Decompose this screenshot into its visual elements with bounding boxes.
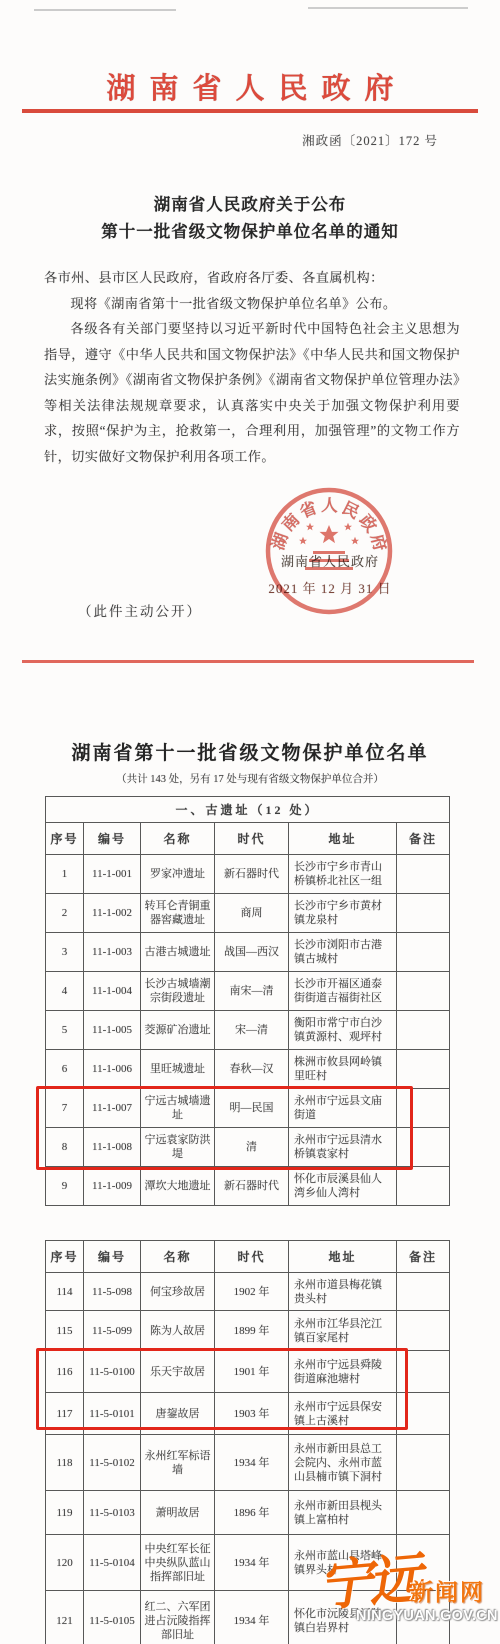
paragraph-requirements: 各级各有关部门要坚持以习近平新时代中国特色社会主义思想为指导，遵守《中华人民共和… bbox=[44, 316, 460, 469]
cell-note bbox=[397, 1050, 450, 1089]
cell-name: 红二、六军团进占沅陵指挥部旧址 bbox=[141, 1591, 215, 1644]
cell-code: 11-1-008 bbox=[84, 1128, 141, 1167]
table-row-highlighted: 11711-5-0101唐鋆故居1903 年永州市宁远县保安镇上古溪村 bbox=[46, 1393, 450, 1435]
cell-era: 1934 年 bbox=[215, 1535, 289, 1591]
cell-name: 乐天宇故居 bbox=[141, 1351, 215, 1393]
news-site-watermark: 宁远 新闻网 NINGYUAN.GOV.CN bbox=[316, 1540, 500, 1644]
table-row: 111-1-001罗家冲遗址新石器时代长沙市宁乡市青山桥镇桥北社区一组 bbox=[46, 855, 450, 894]
table-row: 11511-5-099陈为人故居1899 年永州市江华县沱江镇百家尾村 bbox=[46, 1311, 450, 1351]
table-row-highlighted: 711-1-007宁远古城墙遗址明—民国永州市宁远县文庙街道 bbox=[46, 1089, 450, 1128]
table-row: 311-1-003古港古城遗址战国—西汉长沙市浏阳市古港镇古城村 bbox=[46, 933, 450, 972]
table-row: 911-1-009潭坎大地遗址新石器时代怀化市辰溪县仙人湾乡仙人湾村 bbox=[46, 1167, 450, 1206]
cell-no: 7 bbox=[46, 1089, 84, 1128]
cell-era: 战国—西汉 bbox=[215, 933, 289, 972]
table-header-row: 序号 编号 名称 时代 地址 备注 bbox=[46, 823, 450, 855]
column-header-era: 时代 bbox=[215, 823, 289, 855]
notice-title-line2: 第十一批省级文物保护单位名单的通知 bbox=[0, 218, 500, 245]
cell-era: 1903 年 bbox=[215, 1393, 289, 1435]
cell-address: 长沙市宁乡市黄材镇龙泉村 bbox=[289, 894, 397, 933]
cell-no: 9 bbox=[46, 1167, 84, 1206]
cell-era: 清 bbox=[215, 1128, 289, 1167]
cell-name: 里旺城遗址 bbox=[141, 1050, 215, 1089]
cell-era: 1901 年 bbox=[215, 1351, 289, 1393]
notice-title: 湖南省人民政府关于公布 第十一批省级文物保护单位名单的通知 bbox=[0, 191, 500, 245]
cell-code: 11-5-0105 bbox=[84, 1591, 141, 1644]
column-header-no: 序号 bbox=[46, 1241, 84, 1273]
cell-address: 长沙市宁乡市青山桥镇桥北社区一组 bbox=[289, 855, 397, 894]
cell-era: 新石器时代 bbox=[215, 1167, 289, 1206]
cell-name: 唐鋆故居 bbox=[141, 1393, 215, 1435]
cell-code: 11-5-098 bbox=[84, 1273, 141, 1311]
table-section-row: 一、古遗址（12 处） bbox=[46, 797, 450, 823]
cell-name: 茭源矿冶遗址 bbox=[141, 1011, 215, 1050]
cell-address: 永州市道县梅花镇贵头村 bbox=[289, 1273, 397, 1311]
scan-artifact-line bbox=[34, 9, 176, 11]
cell-era: 新石器时代 bbox=[215, 855, 289, 894]
cell-no: 4 bbox=[46, 972, 84, 1011]
list-subtitle: （共计 143 处，另有 17 处与现有省级文物保护单位合并） bbox=[0, 771, 500, 786]
cell-no: 2 bbox=[46, 894, 84, 933]
column-header-code: 编号 bbox=[84, 1241, 141, 1273]
cell-note bbox=[397, 1435, 450, 1491]
cell-name: 长沙古城墙潮宗街段遗址 bbox=[141, 972, 215, 1011]
cell-code: 11-5-0103 bbox=[84, 1491, 141, 1535]
cell-code: 11-5-0101 bbox=[84, 1393, 141, 1435]
disclosure-note: （此件主动公开） bbox=[78, 600, 202, 620]
cell-name: 古港古城遗址 bbox=[141, 933, 215, 972]
cell-name: 潭坎大地遗址 bbox=[141, 1167, 215, 1206]
cell-note bbox=[397, 1128, 450, 1167]
cell-address: 永州市宁远县清水桥镇袁家村 bbox=[289, 1128, 397, 1167]
column-header-address: 地址 bbox=[289, 823, 397, 855]
cell-name: 转耳仑青铜重器窖藏遗址 bbox=[141, 894, 215, 933]
cell-no: 118 bbox=[46, 1435, 84, 1491]
notice-body: 各市州、县市区人民政府，省政府各厅委、各直属机构： 现将《湖南省第十一批省级文物… bbox=[44, 265, 460, 469]
seal-emblem-stars bbox=[299, 523, 359, 570]
column-header-address: 地址 bbox=[289, 1241, 397, 1273]
cell-note bbox=[397, 855, 450, 894]
cell-era: 1934 年 bbox=[215, 1591, 289, 1644]
cell-address: 长沙市开福区通泰街街道吉福街社区 bbox=[289, 972, 397, 1011]
cell-code: 11-5-0102 bbox=[84, 1435, 141, 1491]
cell-address: 长沙市浏阳市古港镇古城村 bbox=[289, 933, 397, 972]
section-divider bbox=[22, 660, 474, 663]
cell-name: 永州红军标语墙 bbox=[141, 1435, 215, 1491]
column-header-era: 时代 bbox=[215, 1241, 289, 1273]
table-row: 11411-5-098何宝珍故居1902 年永州市道县梅花镇贵头村 bbox=[46, 1273, 450, 1311]
cell-name: 何宝珍故居 bbox=[141, 1273, 215, 1311]
cell-era: 春秋—汉 bbox=[215, 1050, 289, 1089]
cell-no: 115 bbox=[46, 1311, 84, 1351]
cell-era: 1902 年 bbox=[215, 1273, 289, 1311]
notice-title-line1: 湖南省人民政府关于公布 bbox=[0, 191, 500, 218]
cell-address: 永州市新田县总工会院内、永州市蓝山县楠市镇下洞村 bbox=[289, 1435, 397, 1491]
cell-address: 永州市宁远县保安镇上古溪村 bbox=[289, 1393, 397, 1435]
table-row: 411-1-004长沙古城墙潮宗街段遗址南宋—清长沙市开福区通泰街街道吉福街社区 bbox=[46, 972, 450, 1011]
cell-address: 永州市江华县沱江镇百家尾村 bbox=[289, 1311, 397, 1351]
cell-name: 中央红军长征中央纵队蓝山指挥部旧址 bbox=[141, 1535, 215, 1591]
cell-note bbox=[397, 1089, 450, 1128]
cell-era: 1899 年 bbox=[215, 1311, 289, 1351]
table-row: 11911-5-0103萧明故居1896 年永州市新田县枧头镇上富柏村 bbox=[46, 1491, 450, 1535]
cell-name: 宁远袁家防洪堤 bbox=[141, 1128, 215, 1167]
column-header-no: 序号 bbox=[46, 823, 84, 855]
cell-note bbox=[397, 1351, 450, 1393]
heritage-table-ancient-sites: 一、古遗址（12 处） 序号 编号 名称 时代 地址 备注 111-1-001罗… bbox=[45, 796, 450, 1206]
section-title: 一、古遗址（12 处） bbox=[46, 797, 450, 823]
cell-no: 117 bbox=[46, 1393, 84, 1435]
cell-address: 永州市宁远县舜陵街道麻池塘村 bbox=[289, 1351, 397, 1393]
column-header-note: 备注 bbox=[397, 1241, 450, 1273]
column-header-name: 名称 bbox=[141, 823, 215, 855]
table-row: 211-1-002转耳仑青铜重器窖藏遗址商周长沙市宁乡市黄材镇龙泉村 bbox=[46, 894, 450, 933]
column-header-note: 备注 bbox=[397, 823, 450, 855]
letterhead-title: 湖南省人民政府 bbox=[0, 66, 500, 107]
cell-era: 1896 年 bbox=[215, 1491, 289, 1535]
cell-code: 11-1-002 bbox=[84, 894, 141, 933]
document-number: 湘政函〔2021〕172 号 bbox=[302, 131, 438, 149]
table-row: 11811-5-0102永州红军标语墙1934 年永州市新田县总工会院内、永州市… bbox=[46, 1435, 450, 1491]
cell-address: 衡阳市常宁市白沙镇黄源村、观坪村 bbox=[289, 1011, 397, 1050]
cell-era: 商周 bbox=[215, 894, 289, 933]
cell-no: 121 bbox=[46, 1591, 84, 1644]
cell-code: 11-1-005 bbox=[84, 1011, 141, 1050]
cell-address: 怀化市辰溪县仙人湾乡仙人湾村 bbox=[289, 1167, 397, 1206]
cell-era: 南宋—清 bbox=[215, 972, 289, 1011]
cell-no: 6 bbox=[46, 1050, 84, 1089]
cell-code: 11-1-007 bbox=[84, 1089, 141, 1128]
cell-era: 宋—清 bbox=[215, 1011, 289, 1050]
cell-note bbox=[397, 1011, 450, 1050]
cell-era: 1934 年 bbox=[215, 1435, 289, 1491]
cell-note bbox=[397, 1491, 450, 1535]
cell-era: 明—民国 bbox=[215, 1089, 289, 1128]
column-header-code: 编号 bbox=[84, 823, 141, 855]
cell-code: 11-1-003 bbox=[84, 933, 141, 972]
cell-no: 3 bbox=[46, 933, 84, 972]
cell-name: 萧明故居 bbox=[141, 1491, 215, 1535]
cell-name: 罗家冲遗址 bbox=[141, 855, 215, 894]
column-header-name: 名称 bbox=[141, 1241, 215, 1273]
cell-code: 11-1-006 bbox=[84, 1050, 141, 1089]
paragraph-announcement: 现将《湖南省第十一批省级文物保护单位名单》公布。 bbox=[44, 291, 460, 317]
table-row-highlighted: 11611-5-0100乐天宇故居1901 年永州市宁远县舜陵街道麻池塘村 bbox=[46, 1351, 450, 1393]
cell-no: 114 bbox=[46, 1273, 84, 1311]
cell-note bbox=[397, 1167, 450, 1206]
cell-note bbox=[397, 1311, 450, 1351]
cell-no: 5 bbox=[46, 1011, 84, 1050]
scan-artifact-line bbox=[308, 7, 468, 9]
cell-address: 株洲市攸县网岭镇里旺村 bbox=[289, 1050, 397, 1089]
cell-no: 120 bbox=[46, 1535, 84, 1591]
table-row-highlighted: 811-1-008宁远袁家防洪堤清永州市宁远县清水桥镇袁家村 bbox=[46, 1128, 450, 1167]
cell-no: 1 bbox=[46, 855, 84, 894]
cell-code: 11-1-004 bbox=[84, 972, 141, 1011]
cell-address: 永州市新田县枧头镇上富柏村 bbox=[289, 1491, 397, 1535]
letterhead-divider bbox=[22, 109, 478, 113]
cell-no: 116 bbox=[46, 1351, 84, 1393]
cell-no: 8 bbox=[46, 1128, 84, 1167]
cell-name: 陈为人故居 bbox=[141, 1311, 215, 1351]
cell-code: 11-1-001 bbox=[84, 855, 141, 894]
cell-note bbox=[397, 1273, 450, 1311]
cell-name: 宁远古城墙遗址 bbox=[141, 1089, 215, 1128]
cell-code: 11-5-0104 bbox=[84, 1535, 141, 1591]
table-row: 611-1-006里旺城遗址春秋—汉株洲市攸县网岭镇里旺村 bbox=[46, 1050, 450, 1089]
cell-note bbox=[397, 1393, 450, 1435]
scanned-document-page: 湖南省人民政府 湘政函〔2021〕172 号 湖南省人民政府关于公布 第十一批省… bbox=[0, 0, 500, 1644]
table-header-row: 序号 编号 名称 时代 地址 备注 bbox=[46, 1241, 450, 1273]
cell-no: 119 bbox=[46, 1491, 84, 1535]
cell-address: 永州市宁远县文庙街道 bbox=[289, 1089, 397, 1128]
watermark-url: NINGYUAN.GOV.CN bbox=[356, 1608, 498, 1624]
cell-code: 11-5-099 bbox=[84, 1311, 141, 1351]
table-row: 511-1-005茭源矿冶遗址宋—清衡阳市常宁市白沙镇黄源村、观坪村 bbox=[46, 1011, 450, 1050]
cell-note bbox=[397, 972, 450, 1011]
cell-code: 11-5-0100 bbox=[84, 1351, 141, 1393]
cell-note bbox=[397, 894, 450, 933]
watermark-sub-text: 新闻网 bbox=[410, 1574, 485, 1607]
cell-code: 11-1-009 bbox=[84, 1167, 141, 1206]
list-title: 湖南省第十一批省级文物保护单位名单 bbox=[0, 738, 500, 765]
cell-note bbox=[397, 933, 450, 972]
official-seal-icon: 湖南省人民政府 bbox=[263, 485, 395, 617]
salutation: 各市州、县市区人民政府，省政府各厅委、各直属机构： bbox=[44, 265, 460, 291]
